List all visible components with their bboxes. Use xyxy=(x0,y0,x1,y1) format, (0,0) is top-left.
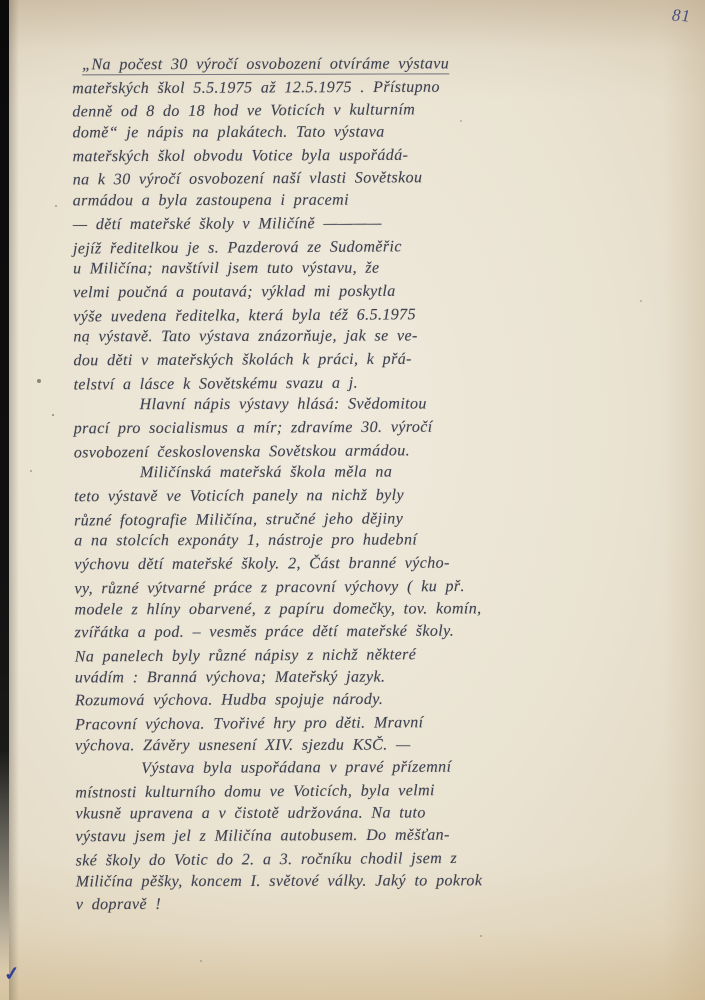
manuscript-line: výchova. Závěry usnesení XIV. sjezdu KSČ… xyxy=(75,733,653,757)
manuscript-line: a na stolcích exponáty 1, nástroje pro h… xyxy=(74,529,652,553)
paper-specks xyxy=(0,0,2,2)
manuscript-line: Výstava byla uspořádana v pravé přízemní xyxy=(75,756,653,781)
page-number: 81 xyxy=(671,5,691,26)
manuscript-line: výchovu dětí mateřské školy. 2, Část bra… xyxy=(74,552,652,577)
manuscript-line: Na panelech byly různé nápisy z nichž ně… xyxy=(75,643,653,669)
manuscript-line: Miličínská mateřská škola měla na xyxy=(74,461,652,485)
manuscript-line: velmi poučná a poutavá; výklad mi poskyt… xyxy=(73,280,651,305)
manuscript-line: mateřských škol obvodu Votice byla uspoř… xyxy=(73,143,651,168)
manuscript-line: v dopravě ! xyxy=(76,892,654,917)
manuscript-line: vkusně upravena a v čistotě udržována. N… xyxy=(75,802,653,826)
manuscript-line: „Na počest 30 výročí osvobození otvíráme… xyxy=(72,53,650,77)
manuscript-line: teto výstavě ve Voticích panely na nichž… xyxy=(74,484,652,509)
manuscript-line: u Miličína; navštívil jsem tuto výstavu,… xyxy=(73,257,651,281)
manuscript-line: výstavu jsem jel z Miličína autobusem. D… xyxy=(75,824,653,849)
checkmark-icon: ✓ xyxy=(3,962,21,987)
manuscript-line: Rozumová výchova. Hudba spojuje národy. xyxy=(75,688,653,713)
manuscript-line: prací pro socialismus a mír; zdravíme 30… xyxy=(74,416,652,441)
manuscript-line: Miličína pěšky, koncem I. světové války.… xyxy=(76,870,654,894)
chronicle-page: 81 „Na počest 30 výročí osvobození otvír… xyxy=(0,0,705,1000)
manuscript-line: zvířátka a pod. – vesměs práce dětí mate… xyxy=(75,620,653,645)
manuscript-text: „Na počest 30 výročí osvobození otvíráme… xyxy=(72,53,654,918)
manuscript-line: armádou a byla zastoupena i pracemi xyxy=(73,189,651,213)
manuscript-line: na výstavě. Tato výstava znázorňuje, jak… xyxy=(73,325,651,349)
manuscript-line: Hlavní nápis výstavy hlásá: Svědomitou xyxy=(74,393,652,417)
manuscript-line: dou děti v mateřských školách k práci, k… xyxy=(73,348,651,373)
manuscript-line: uvádím : Branná výchova; Mateřský jazyk. xyxy=(75,665,653,689)
manuscript-line: domě“ je nápis na plakátech. Tato výstav… xyxy=(72,121,650,145)
manuscript-line: modele z hlíny obarvené, z papíru domečk… xyxy=(75,597,653,621)
manuscript-line: — dětí mateřské školy v Miličíně ———— xyxy=(73,212,651,237)
binding-edge xyxy=(0,0,9,1000)
manuscript-line: mateřských škol 5.5.1975 až 12.5.1975 . … xyxy=(72,75,650,100)
manuscript-line: vy, různé výtvarné práce z pracovní vých… xyxy=(74,575,652,601)
